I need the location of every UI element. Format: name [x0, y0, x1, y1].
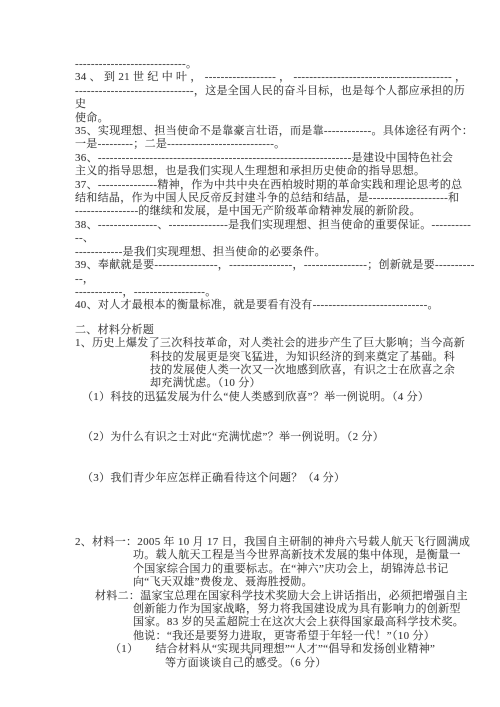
q35-cont: 一是---------；二是--------------------------…: [75, 138, 475, 151]
q2-material1: 2、材料一：2005 年 10 月 17 日，我国自主研制的神舟六号载人航天飞行…: [75, 536, 475, 549]
q36-cont: 主义的指导思想，也是我们实现人生理想和承担历史使命的指导思想。: [75, 165, 475, 178]
q36: 36、-------------------------------------…: [75, 152, 475, 165]
q2-material1-cont-2: 个国家综合国力的重要标志。在“神六”庆功会上，胡锦涛总书记: [133, 563, 475, 576]
q1-intro-cont-3: 却充满忧虑。（10 分）: [150, 377, 475, 390]
q34-cont-2: 使命。: [75, 112, 475, 125]
q1-intro-cont-2: 技的发展使人类一次又一次地感到欣喜，有识之士在欣喜之余: [150, 364, 475, 377]
q1-intro-cont-1: 科技的发展更是突飞猛进，为知识经济的到来奠定了基础。科: [150, 351, 475, 364]
q1-sub1: （1）科技的迅猛发展为什么“使人类感到欣喜”？举一例说明。（4 分）: [82, 391, 475, 404]
q2-material2-cont-2: 国家。83 岁的吴孟超院士在这次大会上获得国家最高科学技术奖。: [133, 616, 475, 629]
q1-sub2: （2）为什么有识之士对此“充满忧虑”？举一例说明。（2 分）: [82, 431, 475, 444]
q2-material1-cont-3: 向“飞天双雄”费俊龙、聂海胜授勋。: [133, 576, 475, 589]
q2-material2-cont-3: 他说：“我还是要努力进取，更寄希望于年轻一代！”（10 分）: [133, 630, 475, 643]
q1-sub3: （3）我们青少年应怎样正确看待这个问题？（4 分）: [82, 472, 475, 485]
page-number: 3: [0, 650, 500, 660]
q2-material2: 材料二：温家宝总理在国家科学技术奖励大会上讲话指出，必须把增强自主: [95, 590, 475, 603]
q35: 35、实现理想、担当使命不是靠豪言壮语，而是靠------------。具体途径…: [75, 125, 475, 138]
q2-material1-cont-1: 功。载人航天工程是当今世界高新技术发展的集中体现，是衡量一: [133, 549, 475, 562]
q34: 34 、 到 21 世 纪 中 叶 ， ------------------ ，…: [75, 71, 475, 84]
q37: 37、---------------精神，作为中共中央在西柏坡时期的革命实践和理…: [75, 179, 475, 192]
q37-cont-2: ----------------的继续和发展，是中国无产阶级革命精神发展的新阶段…: [75, 205, 475, 218]
section-2-heading: 二、材料分析题: [75, 324, 475, 337]
exam-paper-page: ----------------------------。 34 、 到 21 …: [0, 0, 500, 707]
q37-cont-1: 结和结晶，作为中国人民反帝反封建斗争的总结和结晶，是--------------…: [75, 192, 475, 205]
q38: 38、---------------、---------------是我们实现理…: [75, 219, 475, 246]
q39-cont: ------------，------------------。: [75, 286, 475, 299]
q34-cont-1: ------------------------------，这是全国人民的奋斗…: [75, 85, 475, 112]
q1-intro: 1、历史上爆发了三次科技革命，对人类社会的进步产生了巨大影响；当今高新: [75, 337, 475, 350]
q38-cont: ------------是我们实现理想、担当使命的必要条件。: [75, 246, 475, 259]
q39: 39、奉献就是要----------------，---------------…: [75, 259, 475, 286]
q2-material2-cont-1: 创新能力作为国家战略，努力将我国建设成为具有影响力的创新型: [133, 603, 475, 616]
q40: 40、对人才最根本的衡量标准，就是要看有没有------------------…: [75, 299, 475, 312]
exam-content: ----------------------------。 34 、 到 21 …: [75, 58, 475, 670]
q33-blank-tail: ----------------------------。: [75, 58, 475, 71]
